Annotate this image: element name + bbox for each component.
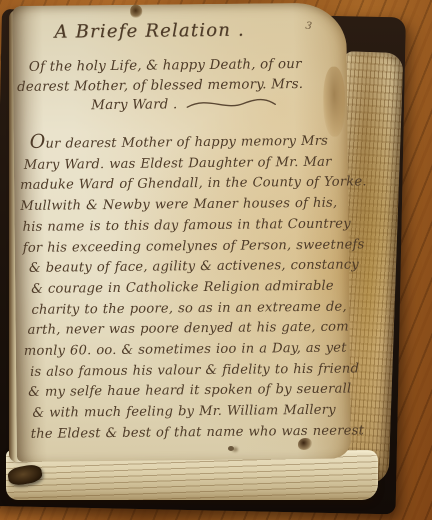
body-line: & courage in Catholicke Religion admirab…: [31, 276, 347, 300]
photo-of-manuscript-book-on-wooden-table: 3 A Briefe Relation . Of the holy Life, …: [0, 0, 432, 520]
manuscript-page: 3 A Briefe Relation . Of the holy Life, …: [12, 3, 351, 462]
subtitle-line: dearest Mother, of blessed memory. Mrs.: [17, 74, 345, 97]
body-line: Our dearest Mother of happy memory Mrs: [30, 129, 346, 156]
subtitle-line-text: Mary Ward .: [91, 95, 177, 115]
body-line: his name is to this day famous in that C…: [22, 214, 346, 238]
flourish-swash-icon: [185, 97, 277, 112]
ink-speck: [228, 446, 234, 451]
stain-mark: [130, 5, 142, 18]
subtitle-line: Mary Ward .: [91, 94, 345, 116]
page-title: A Briefe Relation .: [54, 19, 338, 43]
body-text-block: Our dearest Mother of happy memory Mrs M…: [20, 129, 349, 446]
title-block: A Briefe Relation .: [18, 19, 338, 43]
subtitle-line: Of the holy Life, & happy Death, of our: [29, 55, 345, 78]
subtitle-block: Of the holy Life, & happy Death, of our …: [19, 55, 346, 117]
